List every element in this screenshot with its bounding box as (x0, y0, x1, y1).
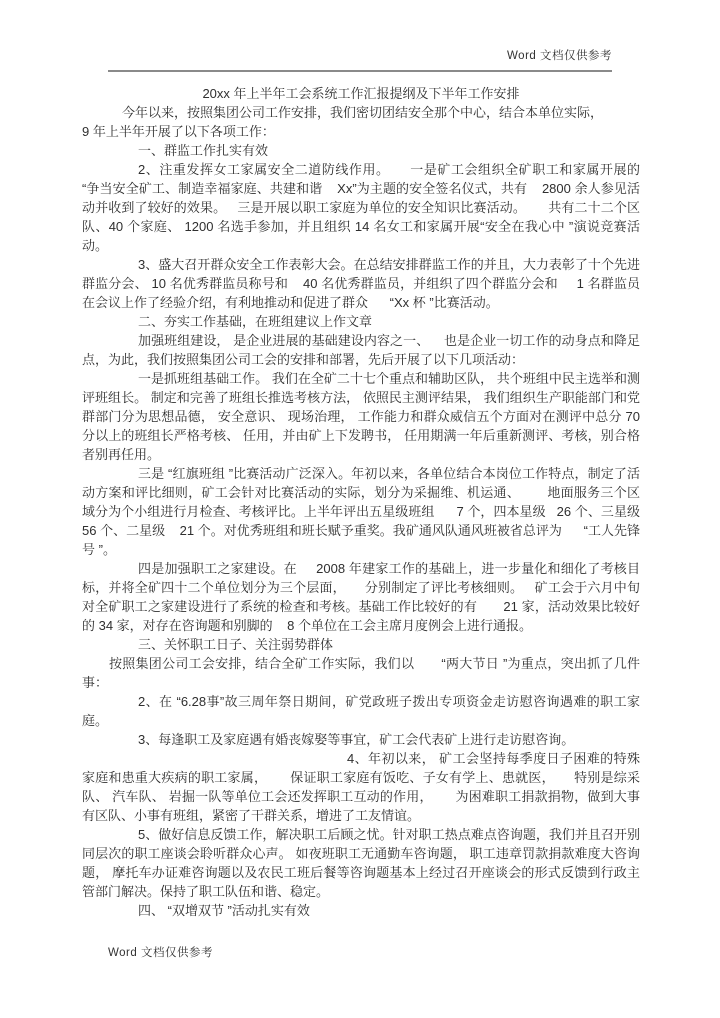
paragraph-intro: 今年以来，按照集团公司工作安排，我们密切团结安全那个中心，结合本单位实际， 9 … (82, 103, 640, 141)
header-watermark-text: Word 文档仅供参考 (108, 47, 612, 63)
heading-section-2: 二、夯实工作基础，在班组建议上作文章 (82, 312, 640, 331)
paragraph-2-item-1: 一是抓班组基础工作。 我们在全矿二十七个重点和辅助区队， 共个班组中民主选举和测… (82, 369, 640, 464)
paragraph-1-item-3: 3、盛大召开群众安全工作表彰大会。在总结安排群监工作的并且，大力表彰了十个先进群… (82, 255, 640, 312)
heading-section-1: 一、群监工作扎实有效 (82, 141, 640, 160)
paragraph-2-item-3: 三是 “红旗班组 ”比赛活动广泛深入。年初以来，各单位结合本岗位工作特点，制定了… (82, 464, 640, 559)
paragraph-3-item-3: 3、每逢职工及家庭遇有婚丧嫁娶等事宜，矿工会代表矿上进行走访慰咨询。 (82, 730, 640, 749)
heading-section-3: 三、关怀职工日子、关注弱势群体 (82, 635, 640, 654)
paragraph-2-item-4: 四是加强职工之家建设。在 2008 年建家工作的基础上，进一步量化和细化了考核目… (82, 559, 640, 635)
paragraph-3-item-5: 5、做好信息反馈工作，解决职工后顾之忧。针对职工热点难点咨询题，我们并且召开别同… (82, 825, 640, 901)
paragraph-3-intro: 按照集团公司工会安排，结合全矿工作实际，我们以 “两大节日 ”为重点，突出抓了几… (82, 654, 640, 692)
doc-title: 20xx 年上半年工会系统工作汇报提纲及下半年工作安排 (82, 84, 640, 103)
header-divider-line (108, 70, 612, 72)
paragraph-3-item-2: 2、在 “6.28事”故三周年祭日期间，矿党政班子拨出专项资金走访慰咨询遇难的职… (82, 692, 640, 730)
heading-section-4: 四、 “双增双节 ”活动扎实有效 (82, 901, 640, 920)
footer-watermark-text: Word 文档仅供参考 (108, 944, 213, 960)
paragraph-1-item-2: 2、注重发挥女工家属安全二道防线作用。 一是矿工会组织全矿职工和家属开展的 “争… (82, 160, 640, 255)
paragraph-2-intro: 加强班组建设， 是企业进展的基础建设内容之一、 也是企业一切工作的动身点和降足点… (82, 331, 640, 369)
document-page: Word 文档仅供参考 20xx 年上半年工会系统工作汇报提纲及下半年工作安排 … (0, 0, 720, 1018)
document-body: 20xx 年上半年工会系统工作汇报提纲及下半年工作安排 今年以来，按照集团公司工… (82, 84, 640, 920)
paragraph-3-item-4: 4、年初以来， 矿工会坚持每季度日子困难的特殊家庭和患重大疾病的职工家属， 保证… (82, 749, 640, 825)
